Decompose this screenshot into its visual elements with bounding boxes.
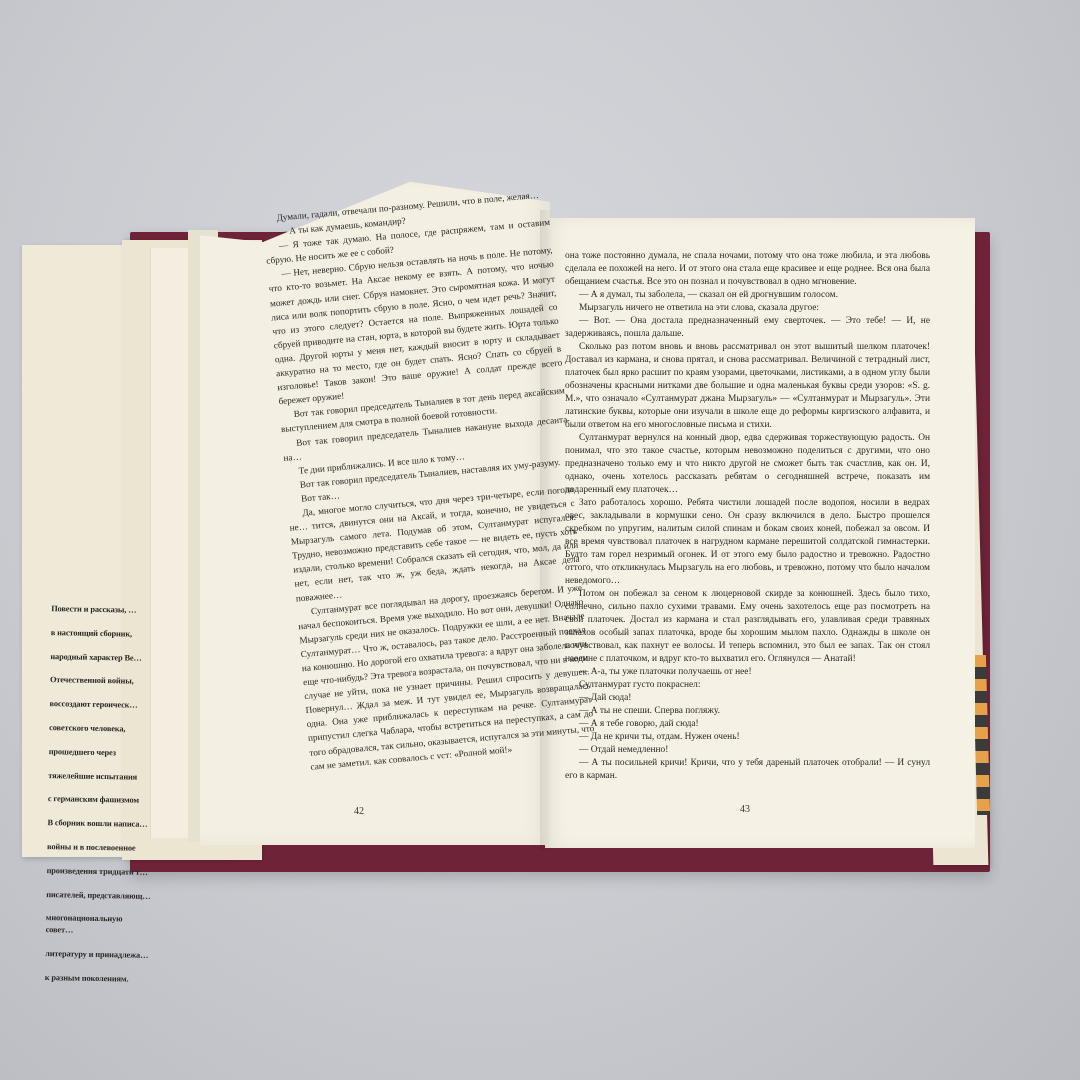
page-number-left: 42 bbox=[354, 806, 364, 817]
blurb-line: писателей, представляющ… bbox=[46, 889, 151, 903]
paragraph: Зато работалось хорошо. Ребята чистили л… bbox=[565, 497, 930, 588]
blurb-line: воссоздают героическ… bbox=[49, 698, 154, 712]
blurb-line: прошедшего через bbox=[49, 746, 154, 760]
blurb-line: тяжелейшие испытания bbox=[48, 770, 153, 784]
left-page-text: Думали, гадали, отвечали по-разному. Реш… bbox=[262, 187, 596, 770]
blurb-line: с германским фашизмом bbox=[48, 793, 153, 807]
blurb-line: литературу и принадлежа… bbox=[45, 948, 150, 962]
paragraph: Султанмурат вернулся на конный двор, едв… bbox=[565, 432, 930, 497]
paragraph: — Отдай немедленно! bbox=[565, 744, 930, 757]
paragraph: — А ты посильней кричи! Кричи, что у теб… bbox=[565, 757, 930, 783]
paragraph: Сколько раз потом вновь и вновь рассматр… bbox=[565, 341, 930, 432]
blurb-line: Повести и рассказы, … bbox=[51, 603, 156, 617]
paragraph: — Дай сюда! bbox=[565, 692, 930, 705]
page-number-right: 43 bbox=[740, 804, 750, 815]
paragraph: — А-а, ты уже платочки получаешь от нее! bbox=[565, 666, 930, 679]
paragraph: Султанмурат густо покраснел: bbox=[565, 679, 930, 692]
blurb-line: к разным поколениям. bbox=[45, 972, 150, 986]
paragraph: она тоже постоянно думала, не спала ноча… bbox=[565, 250, 930, 289]
paragraph: Султанмурат все поглядывал на дорогу, пр… bbox=[296, 580, 595, 770]
blurb-line: В сборник вошли написа… bbox=[47, 817, 152, 831]
paragraph: — А я думал, ты заболела, — сказал он ей… bbox=[565, 289, 930, 302]
paragraph: Потом он побежал за сеном к люцерновой с… bbox=[565, 588, 930, 666]
blurb-line: народный характер Ве… bbox=[50, 651, 155, 665]
blurb-line: многонациональную совет… bbox=[46, 913, 151, 939]
paragraph: — Нет, неверно. Сбрую нельзя оставлять н… bbox=[267, 243, 564, 408]
paragraph: Мырзагуль ничего не ответила на эти слов… bbox=[565, 302, 930, 315]
blurb-line: произведения тридцати т… bbox=[47, 865, 152, 879]
blurb-line: Отечественной войны, bbox=[50, 674, 155, 688]
paragraph: — А ты не спеши. Сперва погляжу. bbox=[565, 705, 930, 718]
jacket-blurb: Повести и рассказы, … в настоящий сборни… bbox=[44, 591, 156, 998]
blurb-line: в настоящий сборник, bbox=[51, 627, 156, 641]
paragraph: — А я тебе говорю, дай сюда! bbox=[565, 718, 930, 731]
right-page-text: она тоже постоянно думала, не спала ноча… bbox=[565, 250, 930, 790]
paragraph: — Вот. — Она достала предназначенный ему… bbox=[565, 315, 930, 341]
blurb-line: войны и в послевоенное bbox=[47, 841, 152, 855]
paragraph: — Да не кричи ты, отдам. Нужен очень! bbox=[565, 731, 930, 744]
blurb-line: советского человека, bbox=[49, 722, 154, 736]
